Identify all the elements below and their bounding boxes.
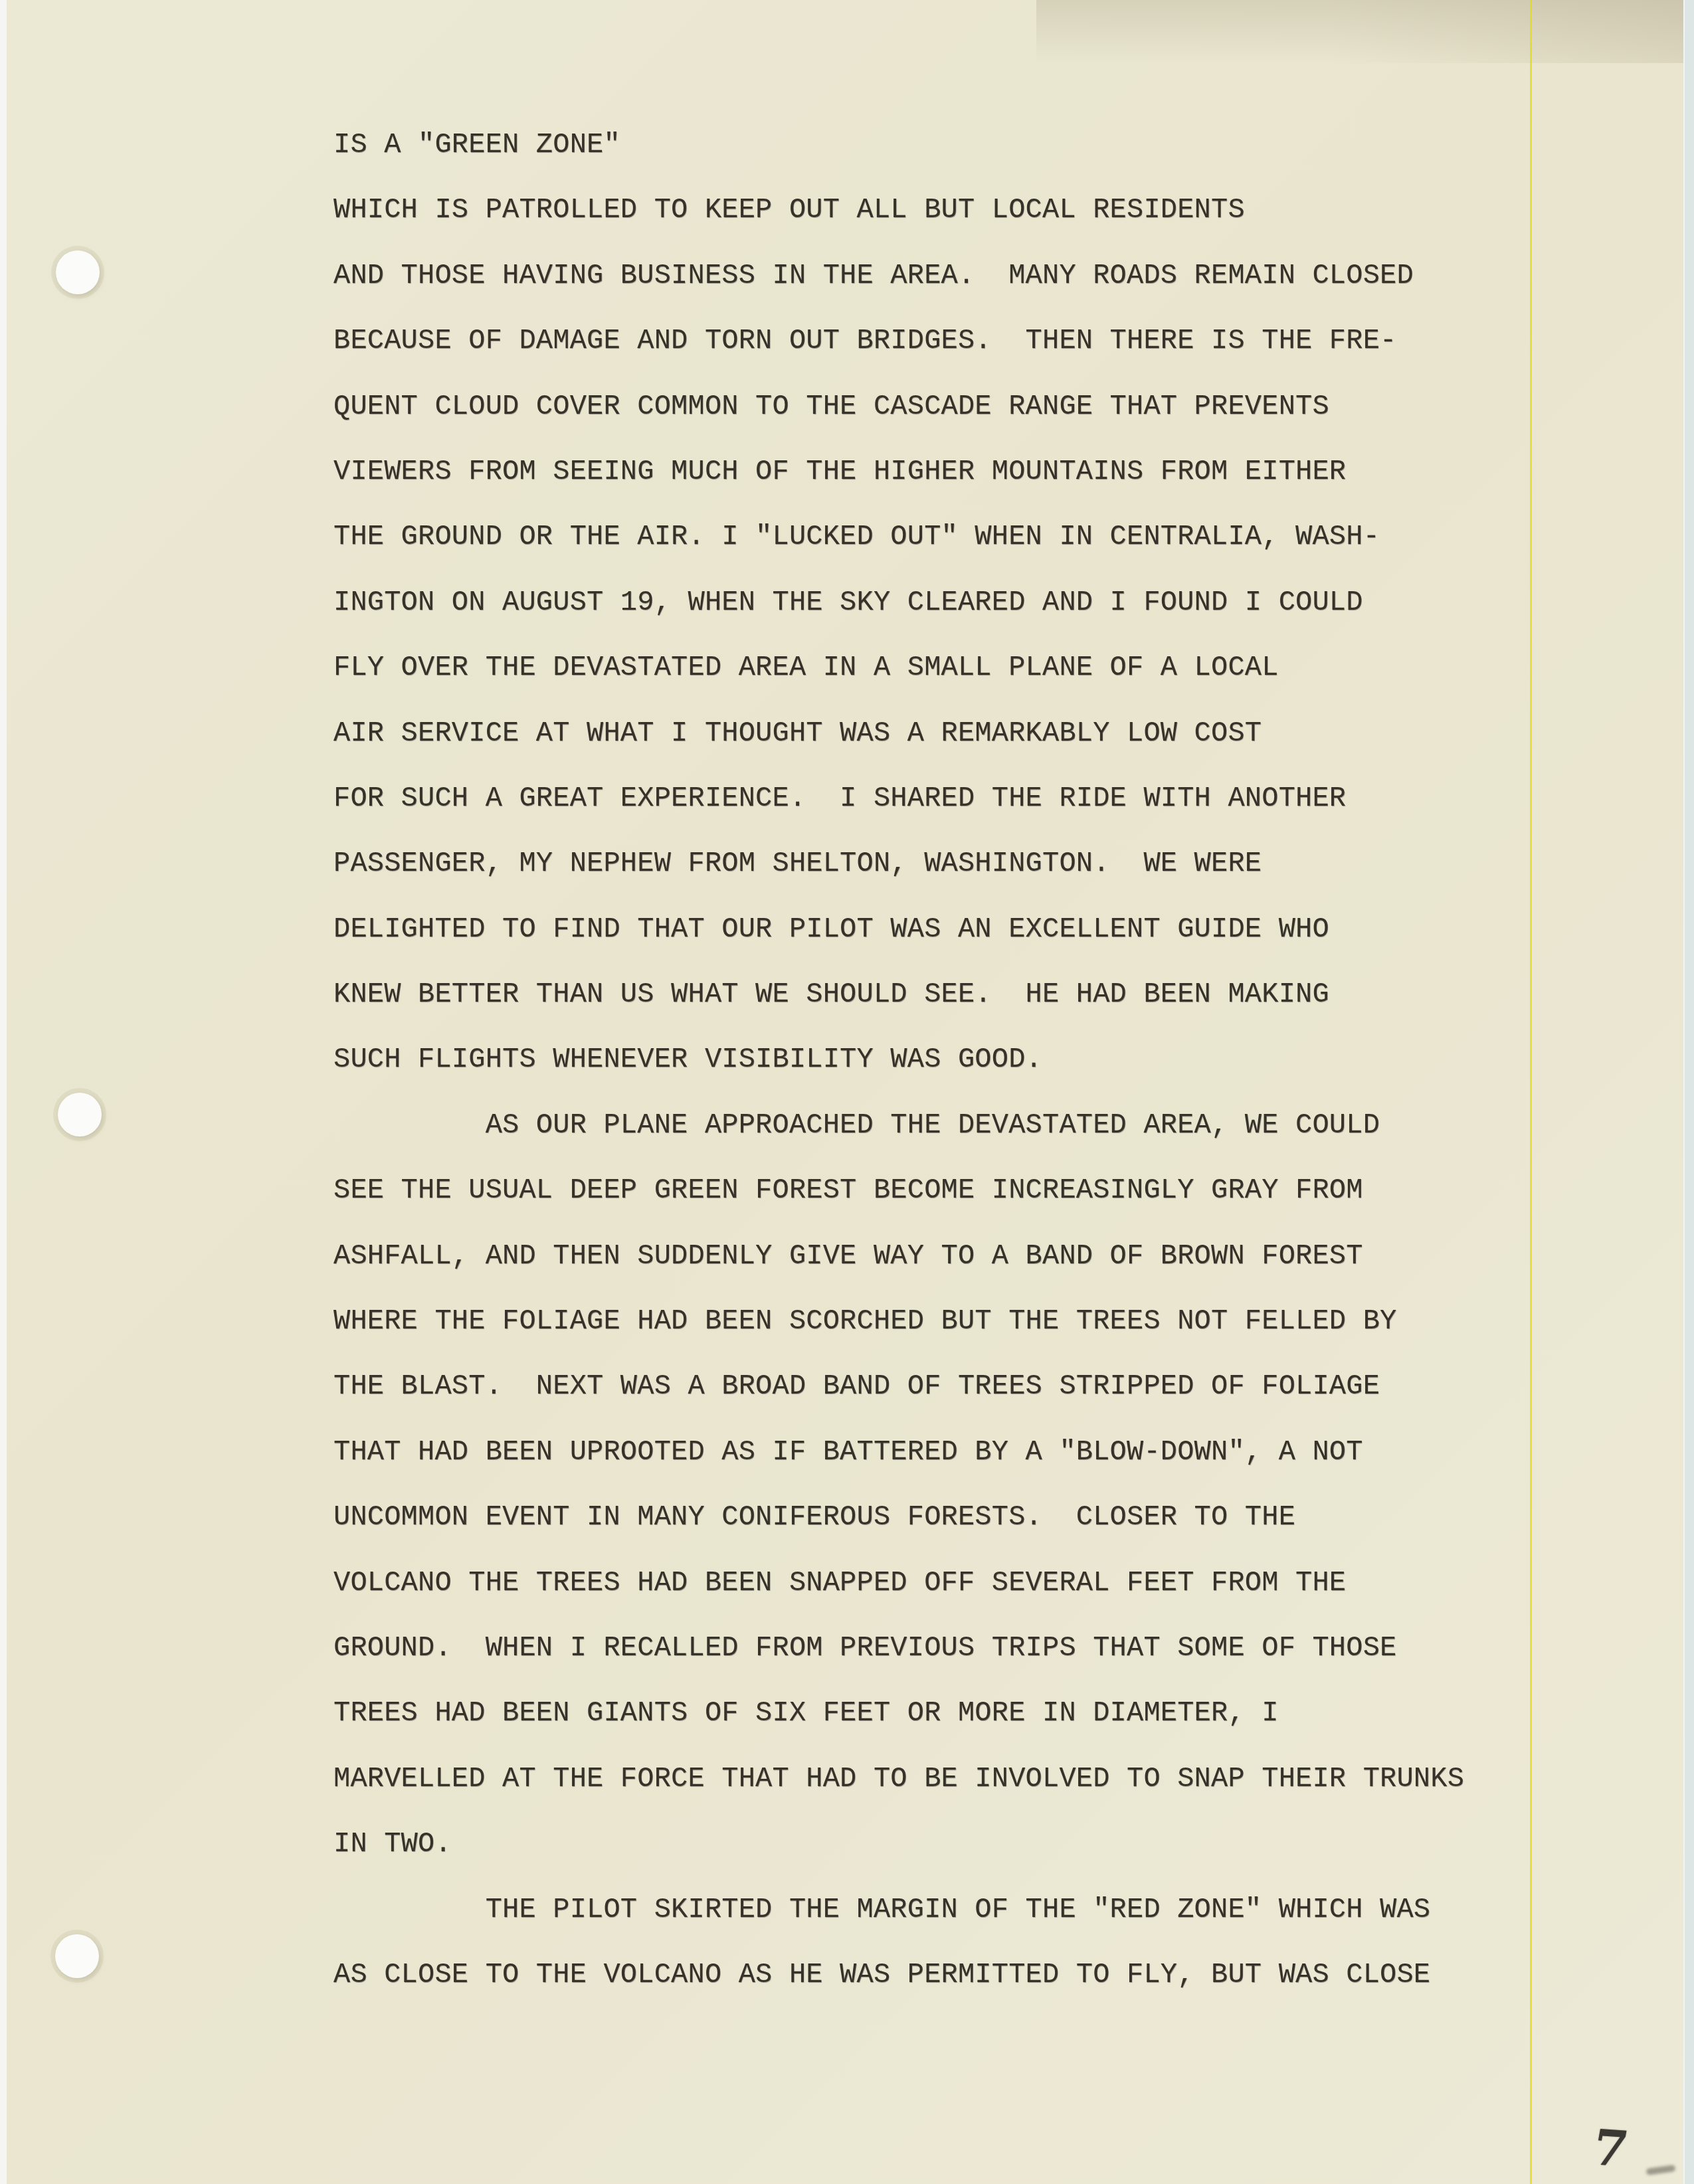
scanner-edge-strip — [1683, 0, 1694, 2184]
text-line: UNCOMMON EVENT IN MANY CONIFEROUS FOREST… — [333, 1485, 1503, 1550]
hole-punch-middle — [58, 1093, 102, 1137]
scanned-page: IS A "GREEN ZONE" WHICH IS PATROLLED TO … — [0, 0, 1694, 2184]
pencil-smudge — [1646, 2165, 1676, 2175]
text-line: THAT HAD BEEN UPROOTED AS IF BATTERED BY… — [333, 1419, 1503, 1485]
text-line: SUCH FLIGHTS WHENEVER VISIBILITY WAS GOO… — [333, 1027, 1503, 1092]
text-line: BECAUSE OF DAMAGE AND TORN OUT BRIDGES. … — [333, 308, 1503, 373]
hole-punch-bottom — [55, 1934, 99, 1978]
text-line: THE GROUND OR THE AIR. I "LUCKED OUT" WH… — [333, 504, 1503, 569]
text-line: AS OUR PLANE APPROACHED THE DEVASTATED A… — [333, 1093, 1503, 1158]
text-line: GROUND. WHEN I RECALLED FROM PREVIOUS TR… — [333, 1615, 1503, 1681]
text-line: PASSENGER, MY NEPHEW FROM SHELTON, WASHI… — [333, 831, 1503, 896]
text-line: FLY OVER THE DEVASTATED AREA IN A SMALL … — [333, 635, 1503, 700]
text-line: AS CLOSE TO THE VOLCANO AS HE WAS PERMIT… — [333, 1942, 1503, 2007]
text-line: SEE THE USUAL DEEP GREEN FOREST BECOME I… — [333, 1158, 1503, 1223]
text-line: IS A "GREEN ZONE" — [333, 112, 1503, 177]
text-line: KNEW BETTER THAN US WHAT WE SHOULD SEE. … — [333, 962, 1503, 1027]
hole-punch-top — [56, 250, 100, 294]
text-line: ASHFALL, AND THEN SUDDENLY GIVE WAY TO A… — [333, 1224, 1503, 1289]
text-line: QUENT CLOUD COVER COMMON TO THE CASCADE … — [333, 374, 1503, 439]
text-line: WHERE THE FOLIAGE HAD BEEN SCORCHED BUT … — [333, 1289, 1503, 1354]
page-number: 7 — [1588, 2120, 1632, 2179]
text-line: DELIGHTED TO FIND THAT OUR PILOT WAS AN … — [333, 897, 1503, 962]
text-line: VIEWERS FROM SEEING MUCH OF THE HIGHER M… — [333, 439, 1503, 504]
text-line: WHICH IS PATROLLED TO KEEP OUT ALL BUT L… — [333, 177, 1503, 242]
text-line: INGTON ON AUGUST 19, WHEN THE SKY CLEARE… — [333, 570, 1503, 635]
text-line: THE BLAST. NEXT WAS A BROAD BAND OF TREE… — [333, 1354, 1503, 1419]
text-line: FOR SUCH A GREAT EXPERIENCE. I SHARED TH… — [333, 766, 1503, 831]
text-line: MARVELLED AT THE FORCE THAT HAD TO BE IN… — [333, 1746, 1503, 1811]
text-line: VOLCANO THE TREES HAD BEEN SNAPPED OFF S… — [333, 1550, 1503, 1615]
text-line: TREES HAD BEEN GIANTS OF SIX FEET OR MOR… — [333, 1681, 1503, 1746]
text-line: AIR SERVICE AT WHAT I THOUGHT WAS A REMA… — [333, 701, 1503, 766]
text-line: THE PILOT SKIRTED THE MARGIN OF THE "RED… — [333, 1877, 1503, 1942]
scan-shadow-top-right — [1036, 0, 1690, 63]
paper-sheet: IS A "GREEN ZONE" WHICH IS PATROLLED TO … — [7, 0, 1683, 2184]
yellow-margin-line — [1530, 0, 1532, 2184]
text-line: AND THOSE HAVING BUSINESS IN THE AREA. M… — [333, 243, 1503, 308]
typewritten-text-block: IS A "GREEN ZONE" WHICH IS PATROLLED TO … — [333, 112, 1503, 2007]
text-line: IN TWO. — [333, 1811, 1503, 1876]
